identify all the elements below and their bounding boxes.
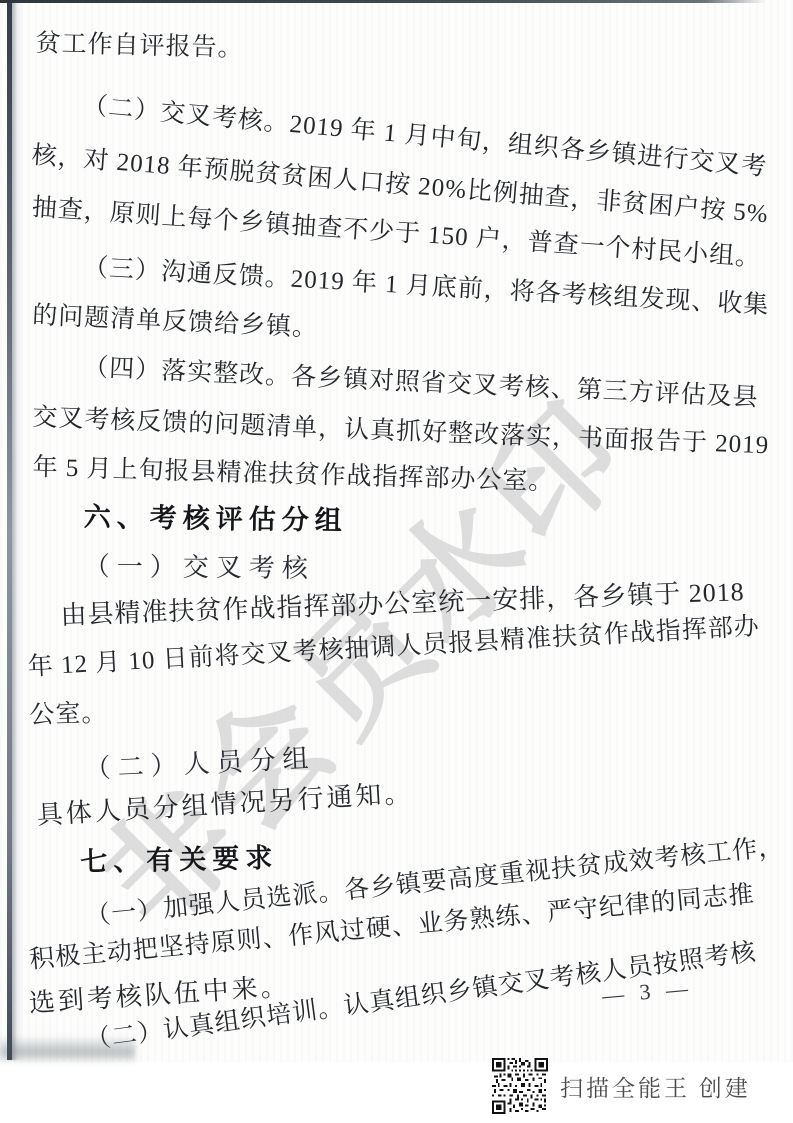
left-scan-edge — [7, 0, 12, 1060]
subsection-heading: （一）交叉考核 — [84, 551, 315, 586]
qr-code-icon — [492, 1058, 548, 1114]
section-heading: 七、有关要求 — [80, 842, 279, 880]
top-scan-edge — [0, 0, 766, 3]
doc-line: 公室。 — [29, 698, 108, 731]
scanner-caption: 扫描全能王 创建 — [560, 1070, 751, 1103]
section-heading: 六、考核评估分组 — [84, 501, 348, 538]
bottom-scan-smudge — [0, 1036, 135, 1062]
scanner-footer: 扫描全能王 创建 — [492, 1058, 751, 1114]
left-scan-shadow — [12, 0, 22, 1060]
doc-line: 贫工作自评报告。 — [35, 28, 244, 64]
scanned-document-page: { "page": { "watermark_text": "非会员水印", "… — [0, 0, 793, 1123]
